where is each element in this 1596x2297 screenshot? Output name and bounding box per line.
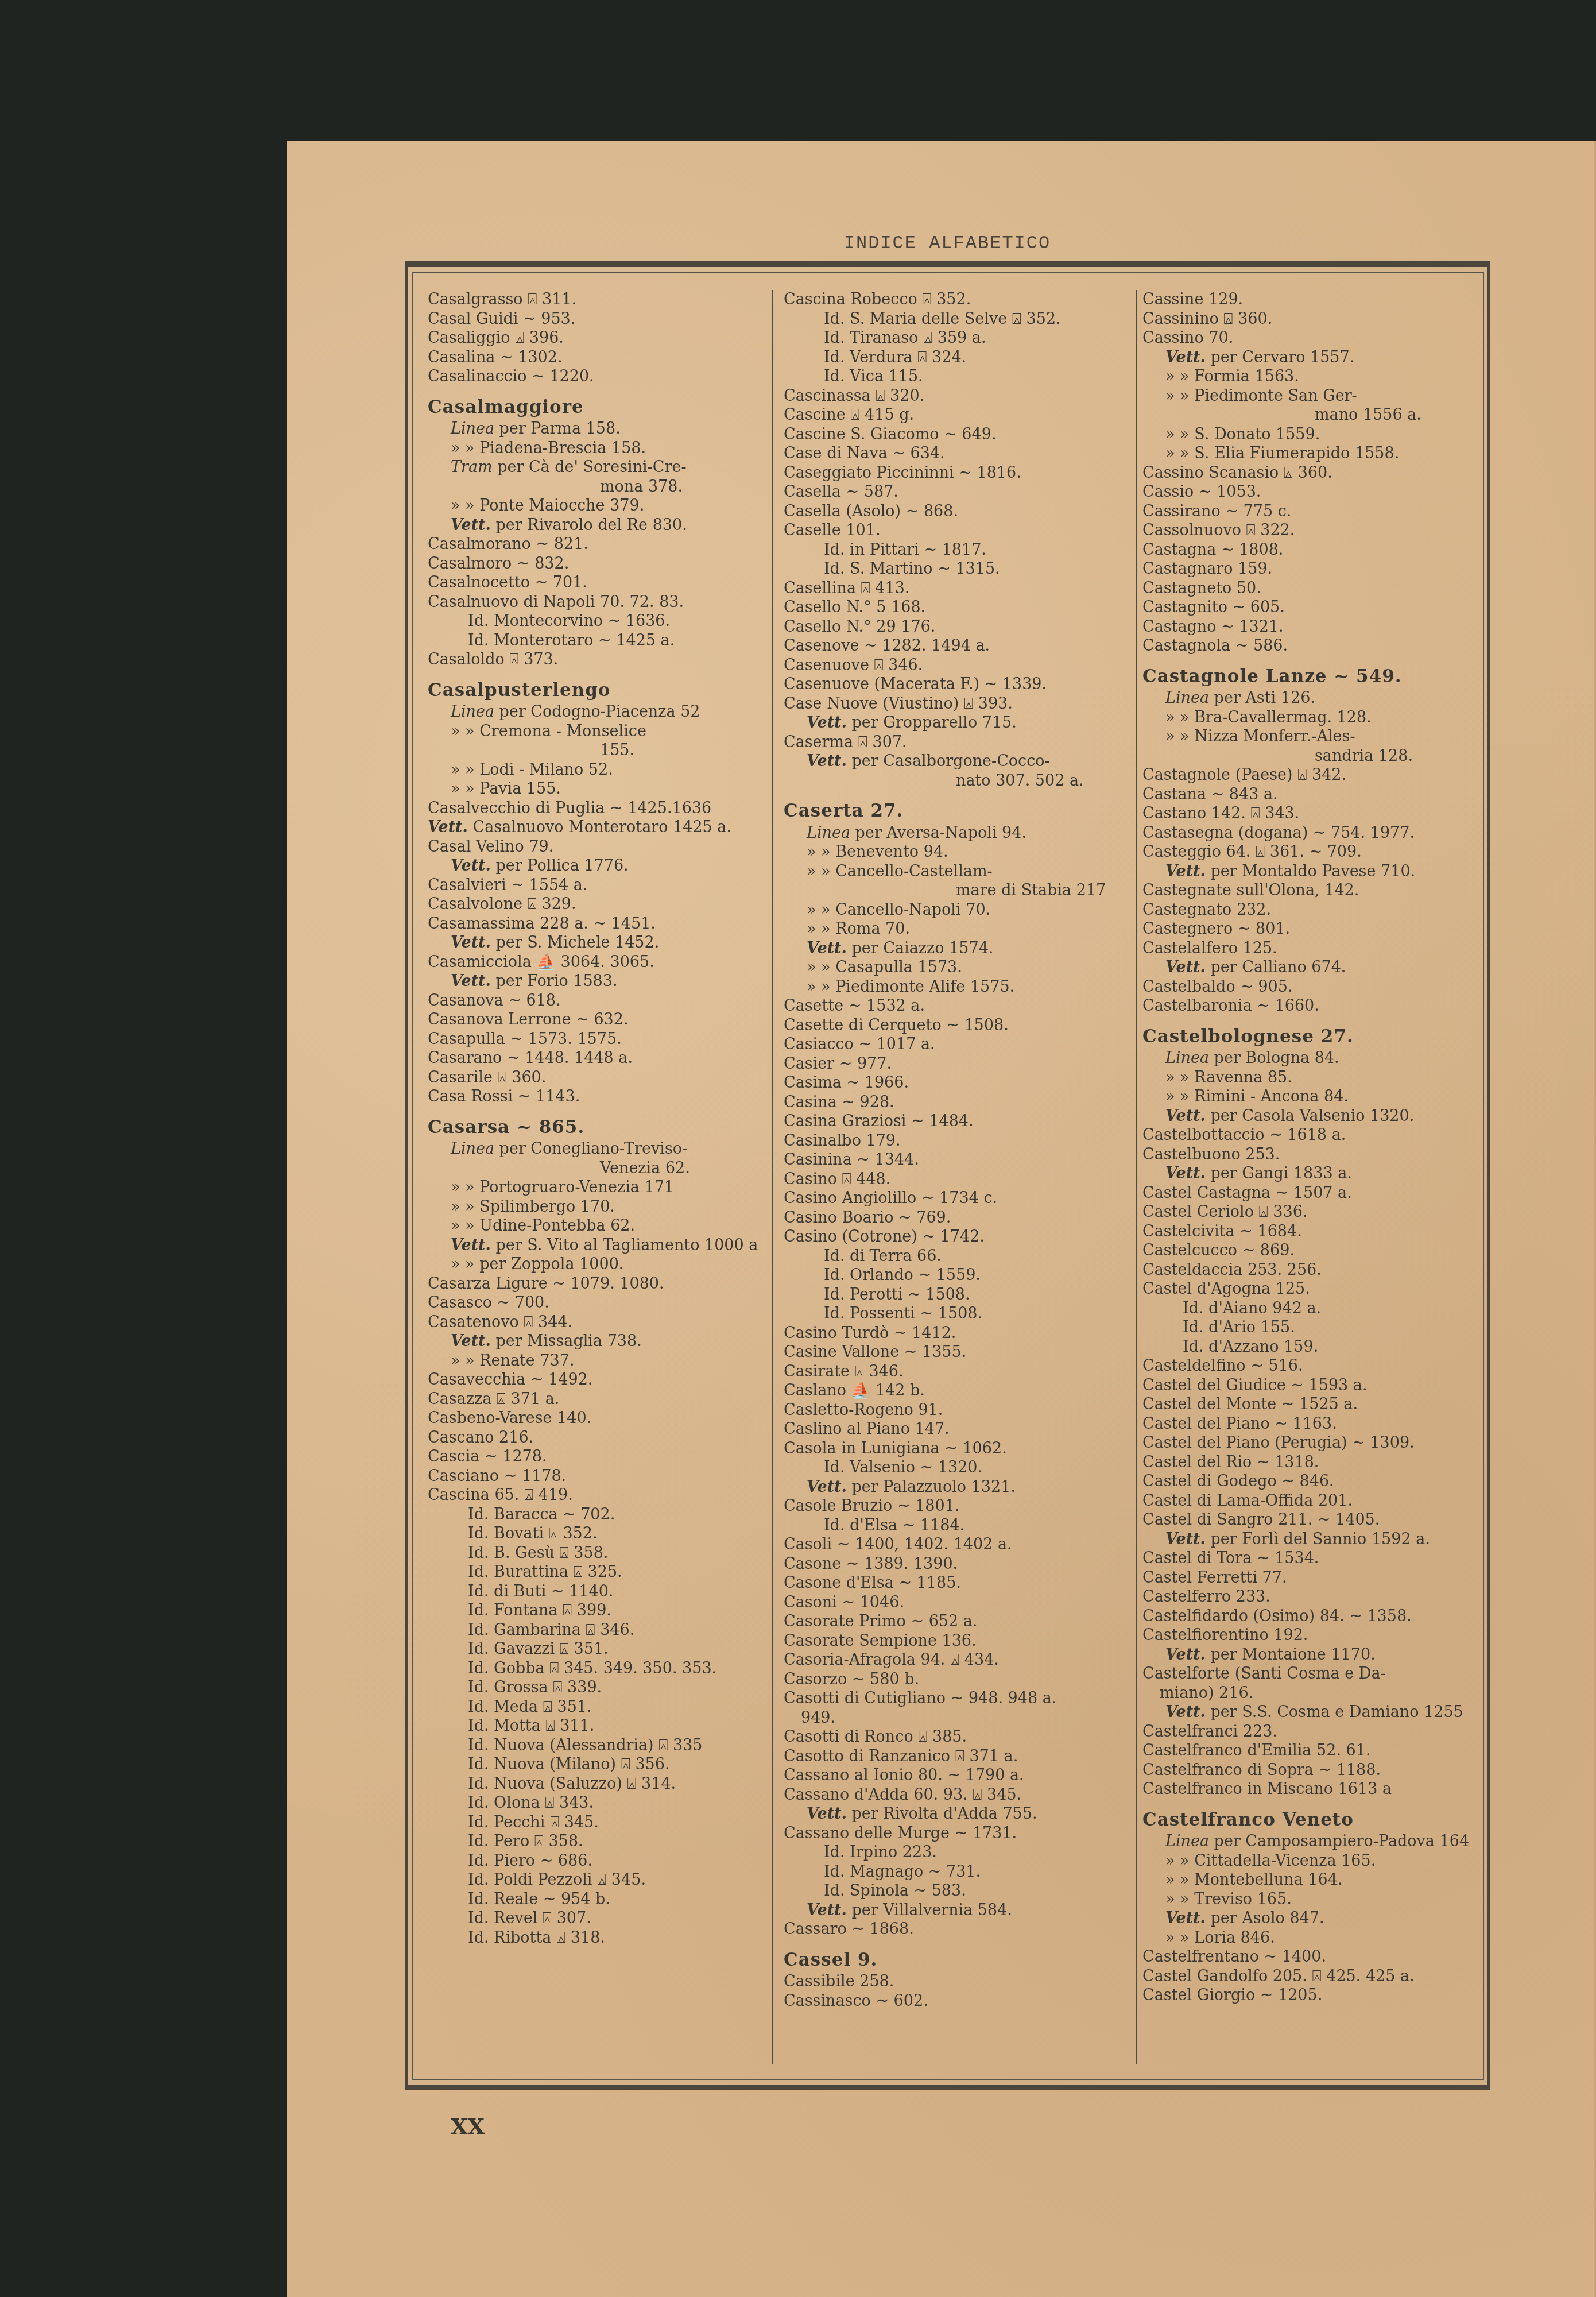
index-entry: Id. Verdura ⍓ 324. xyxy=(784,348,1125,368)
index-entry: Id. Bovati ⍓ 352. xyxy=(428,1524,769,1544)
index-entry: Id. d'Elsa ~ 1184. xyxy=(784,1516,1125,1536)
index-entry: Id. Piero ~ 686. xyxy=(428,1851,769,1871)
index-entry: Caslano ⛵ 142 b. xyxy=(784,1381,1125,1401)
index-entry: Id. Tiranaso ⍓ 359 a. xyxy=(784,328,1125,348)
index-entry: Venezia 62. xyxy=(428,1159,769,1178)
index-entry: Casalvolone ⍓ 329. xyxy=(428,895,769,914)
index-entry: » » Formia 1563. xyxy=(1142,367,1481,386)
index-entry: Id. Spinola ~ 583. xyxy=(784,1881,1125,1901)
index-entry: Casarano ~ 1448. 1448 a. xyxy=(428,1049,769,1068)
index-entry: Casotto di Ranzanico ⍓ 371 a. xyxy=(784,1747,1125,1766)
index-entry: Id. Nuova (Alessandria) ⍓ 335 xyxy=(428,1736,769,1755)
index-entry: Caselle 101. xyxy=(784,521,1125,540)
index-entry: Castano 142. ⍓ 343. xyxy=(1142,804,1481,823)
index-entry: Casoria-Afragola 94. ⍓ 434. xyxy=(784,1650,1125,1670)
index-entry: Casalinaccio ~ 1220. xyxy=(428,367,769,386)
route-type-label: Vett. xyxy=(451,857,491,875)
index-entry: Linea per Parma 158. xyxy=(428,419,769,439)
index-entry: Casa Rossi ~ 1143. xyxy=(428,1087,769,1107)
index-entry: Casciano ~ 1178. xyxy=(428,1467,769,1486)
index-entry: Casino (Cotrone) ~ 1742. xyxy=(784,1227,1125,1247)
index-entry: Castegnato 232. xyxy=(1142,900,1481,920)
index-entry: Cascine S. Giacomo ~ 649. xyxy=(784,425,1125,444)
index-entry: Casina ~ 928. xyxy=(784,1093,1125,1112)
index-entry: Id. Burattina ⍓ 325. xyxy=(428,1563,769,1582)
index-entry: Cascina Robecco ⍓ 352. xyxy=(784,290,1125,310)
index-entry: Castelbaldo ~ 905. xyxy=(1142,977,1481,997)
index-entry: Id. Gobba ⍓ 345. 349. 350. 353. xyxy=(428,1659,769,1679)
index-entry: Castel del Monte ~ 1525 a. xyxy=(1142,1395,1481,1414)
index-entry: Id. Pecchi ⍓ 345. xyxy=(428,1813,769,1832)
route-type-label: Linea xyxy=(807,824,850,842)
route-type-label: Vett. xyxy=(451,1236,491,1254)
index-entry: Casina Graziosi ~ 1484. xyxy=(784,1112,1125,1131)
route-type-label: Linea xyxy=(1165,1049,1209,1067)
index-entry: Id. Montecorvino ~ 1636. xyxy=(428,612,769,631)
index-entry: Id. Revel ⍓ 307. xyxy=(428,1909,769,1928)
index-entry: mare di Stabia 217 xyxy=(784,881,1125,900)
index-entry: Castelfrentano ~ 1400. xyxy=(1142,1947,1481,1967)
index-entry: Linea per Camposampiero-Padova 164 xyxy=(1142,1832,1481,1851)
index-entry: » » Piedimonte Alife 1575. xyxy=(784,977,1125,997)
index-entry: Cascinassa ⍓ 320. xyxy=(784,386,1125,406)
index-entry: Casorzo ~ 580 b. xyxy=(784,1670,1125,1689)
index-entry: Castagna ~ 1808. xyxy=(1142,540,1481,560)
index-entry: Casteggio 64. ⍓ 361. ~ 709. xyxy=(1142,842,1481,862)
index-entry: » » Spilimbergo 170. xyxy=(428,1197,769,1217)
index-entry: Vett. per Palazzuolo 1321. xyxy=(784,1478,1125,1497)
page-number: XX xyxy=(451,2113,485,2139)
index-entry: Cassano delle Murge ~ 1731. xyxy=(784,1824,1125,1843)
index-entry: Vett. per S.S. Cosma e Damiano 1255 xyxy=(1142,1703,1481,1722)
index-entry: Castagnole (Paese) ⍓ 342. xyxy=(1142,765,1481,785)
route-type-label: Linea xyxy=(451,1140,494,1158)
index-entry: Casino Angiolillo ~ 1734 c. xyxy=(784,1189,1125,1208)
index-entry: Casette ~ 1532 a. xyxy=(784,996,1125,1016)
index-entry: Casella (Asolo) ~ 868. xyxy=(784,502,1125,521)
index-entry: Id. Baracca ~ 702. xyxy=(428,1505,769,1525)
index-entry: » » Benevento 94. xyxy=(784,842,1125,862)
index-entry: Id. d'Aiano 942 a. xyxy=(1142,1299,1481,1318)
index-entry: Id. Nuova (Milano) ⍓ 356. xyxy=(428,1755,769,1774)
index-entry: Linea per Codogno-Piacenza 52 xyxy=(428,702,769,722)
index-entry: Casima ~ 1966. xyxy=(784,1073,1125,1093)
index-entry: » » Udine-Pontebba 62. xyxy=(428,1216,769,1236)
index-entry: Casteldelfino ~ 516. xyxy=(1142,1356,1481,1376)
index-entry: Id. Nuova (Saluzzo) ⍓ 314. xyxy=(428,1774,769,1794)
index-entry: Vett. per Pollica 1776. xyxy=(428,856,769,876)
index-heading: Castagnole Lanze ~ 549. xyxy=(1142,667,1481,687)
index-entry: Id. Olona ⍓ 343. xyxy=(428,1793,769,1813)
index-entry: » » Piedimonte San Ger- xyxy=(1142,386,1481,406)
index-entry: Castel del Giudice ~ 1593 a. xyxy=(1142,1376,1481,1395)
route-type-label: Linea xyxy=(451,703,494,721)
index-entry: 949. xyxy=(784,1708,1125,1728)
index-entry: Id. Meda ⍓ 351. xyxy=(428,1697,769,1717)
index-entry: Casorate Primo ~ 652 a. xyxy=(784,1612,1125,1631)
route-type-label: Vett. xyxy=(1165,863,1206,880)
index-entry: Id. di Terra 66. xyxy=(784,1247,1125,1266)
index-entry: Casone d'Elsa ~ 1185. xyxy=(784,1573,1125,1593)
index-entry: Casette di Cerqueto ~ 1508. xyxy=(784,1016,1125,1035)
index-entry: Casella ~ 587. xyxy=(784,482,1125,502)
index-entry: Id. Monterotaro ~ 1425 a. xyxy=(428,631,769,651)
index-entry: Casalmorano ~ 821. xyxy=(428,535,769,554)
route-type-label: Vett. xyxy=(807,1805,847,1823)
index-entry: Vett. per Rivarolo del Re 830. xyxy=(428,516,769,535)
index-entry: Castel Gandolfo 205. ⍓ 425. 425 a. xyxy=(1142,1967,1481,1986)
index-entry: Id. Fontana ⍓ 399. xyxy=(428,1601,769,1621)
index-entry: Vett. per Forio 1583. xyxy=(428,972,769,991)
index-heading: Casarsa ~ 865. xyxy=(428,1118,769,1138)
route-type-label: Vett. xyxy=(1165,1165,1206,1182)
index-entry: » » Piadena-Brescia 158. xyxy=(428,439,769,458)
index-entry: Castelfranco di Sopra ~ 1188. xyxy=(1142,1761,1481,1780)
index-entry: Castel di Lama-Offida 201. xyxy=(1142,1491,1481,1511)
index-entry: Castelcivita ~ 1684. xyxy=(1142,1222,1481,1242)
index-entry: Casarza Ligure ~ 1079. 1080. xyxy=(428,1274,769,1294)
index-column-2: Cascina Robecco ⍓ 352.Id. S. Maria delle… xyxy=(784,290,1125,2010)
index-entry: Castel del Piano ~ 1163. xyxy=(1142,1414,1481,1434)
index-entry: » » Roma 70. xyxy=(784,919,1125,939)
route-type-label: Vett. xyxy=(451,934,491,952)
index-entry: Id. Reale ~ 954 b. xyxy=(428,1890,769,1909)
index-entry: » » Cittadella-Vicenza 165. xyxy=(1142,1851,1481,1871)
index-entry: Castelfranco d'Emilia 52. 61. xyxy=(1142,1741,1481,1761)
index-heading: Casalmaggiore xyxy=(428,398,769,417)
index-entry: Castelbaronia ~ 1660. xyxy=(1142,996,1481,1016)
index-entry: Vett. per Asolo 847. xyxy=(1142,1909,1481,1928)
index-entry: Castelfidardo (Osimo) 84. ~ 1358. xyxy=(1142,1607,1481,1626)
index-entry: » » Pavia 155. xyxy=(428,779,769,799)
index-entry: Cassino Scanasio ⍓ 360. xyxy=(1142,463,1481,483)
index-entry: Id. Ribotta ⍓ 318. xyxy=(428,1928,769,1948)
index-entry: » » Casapulla 1573. xyxy=(784,958,1125,977)
index-entry: Casapulla ~ 1573. 1575. xyxy=(428,1030,769,1049)
index-entry: Casinalbo 179. xyxy=(784,1131,1125,1151)
index-entry: Vett. Casalnuovo Monterotaro 1425 a. xyxy=(428,818,769,837)
index-entry: Id. Possenti ~ 1508. xyxy=(784,1304,1125,1324)
index-entry: Casorate Sempione 136. xyxy=(784,1631,1125,1651)
index-entry: » » S. Donato 1559. xyxy=(1142,425,1481,444)
index-entry: » » Treviso 165. xyxy=(1142,1890,1481,1909)
index-entry: Castel Ceriolo ⍓ 336. xyxy=(1142,1202,1481,1222)
index-entry: Casone ~ 1389. 1390. xyxy=(784,1554,1125,1574)
index-entry: Casanova Lerrone ~ 632. xyxy=(428,1010,769,1030)
index-entry: Castasegna (dogana) ~ 754. 1977. xyxy=(1142,823,1481,843)
index-entry: Casino ⍓ 448. xyxy=(784,1170,1125,1189)
index-entry: Vett. per Casalborgone-Cocco- xyxy=(784,752,1125,771)
index-entry: Castelbuono 253. xyxy=(1142,1145,1481,1165)
index-entry: Castana ~ 843 a. xyxy=(1142,785,1481,805)
route-type-label: Vett. xyxy=(807,1901,847,1919)
route-type-label: Vett. xyxy=(807,1478,847,1496)
route-type-label: Vett. xyxy=(428,818,468,836)
index-entry: Case Nuove (Viustino) ⍓ 393. xyxy=(784,694,1125,714)
index-entry: Casasco ~ 700. xyxy=(428,1293,769,1313)
index-entry: Casoli ~ 1400, 1402. 1402 a. xyxy=(784,1535,1125,1554)
index-entry: Castel Giorgio ~ 1205. xyxy=(1142,1986,1481,2005)
index-entry: Casenove ~ 1282. 1494 a. xyxy=(784,636,1125,656)
index-heading: Castelfranco Veneto xyxy=(1142,1811,1481,1830)
index-entry: Id. d'Azzano 159. xyxy=(1142,1337,1481,1357)
index-entry: Castel di Tora ~ 1534. xyxy=(1142,1549,1481,1568)
index-entry: Cascia ~ 1278. xyxy=(428,1447,769,1467)
index-entry: Cassano al Ionio 80. ~ 1790 a. xyxy=(784,1766,1125,1785)
route-type-label: Vett. xyxy=(1165,1909,1206,1927)
index-entry: Casalvieri ~ 1554 a. xyxy=(428,876,769,895)
index-heading: Casalpusterlengo xyxy=(428,681,769,701)
index-entry: Casoni ~ 1046. xyxy=(784,1593,1125,1612)
route-type-label: Vett. xyxy=(1165,1107,1206,1125)
index-entry: Castel del Rio ~ 1318. xyxy=(1142,1453,1481,1472)
index-entry: Castegnero ~ 801. xyxy=(1142,919,1481,939)
index-entry: Cascina 65. ⍓ 419. xyxy=(428,1486,769,1505)
index-entry: Casalmoro ~ 832. xyxy=(428,554,769,574)
index-entry: Vett. per S. Michele 1452. xyxy=(428,933,769,953)
index-entry: » » Renate 737. xyxy=(428,1351,769,1371)
index-entry: Cassio ~ 1053. xyxy=(1142,482,1481,502)
index-entry: Casamassima 228 a. ~ 1451. xyxy=(428,914,769,934)
index-entry: Vett. per Villalvernia 584. xyxy=(784,1901,1125,1920)
route-type-label: Tram xyxy=(451,458,493,476)
index-entry: Cascano 216. xyxy=(428,1428,769,1448)
index-entry: Casiacco ~ 1017 a. xyxy=(784,1035,1125,1054)
index-entry: 155. xyxy=(428,741,769,760)
index-entry: Vett. per Gangi 1833 a. xyxy=(1142,1164,1481,1184)
index-entry: Casotti di Ronco ⍓ 385. xyxy=(784,1727,1125,1747)
index-entry: Linea per Aversa-Napoli 94. xyxy=(784,823,1125,843)
index-entry: Castelfranco in Miscano 1613 a xyxy=(1142,1780,1481,1799)
index-entry: Id. Pero ⍓ 358. xyxy=(428,1832,769,1851)
index-entry: » » Cancello-Napoli 70. xyxy=(784,900,1125,920)
index-entry: Tram per Cà de' Soresini-Cre- xyxy=(428,458,769,477)
index-entry: Castelferro 233. xyxy=(1142,1587,1481,1607)
index-entry: Castel Ferretti 77. xyxy=(1142,1568,1481,1588)
index-entry: » » Rimini - Ancona 84. xyxy=(1142,1087,1481,1107)
index-entry: Casenuove ⍓ 346. xyxy=(784,656,1125,675)
index-entry: Id. Orlando ~ 1559. xyxy=(784,1266,1125,1285)
route-type-label: Vett. xyxy=(807,714,847,732)
index-entry: Cascine ⍓ 415 g. xyxy=(784,405,1125,425)
index-entry: Casazza ⍓ 371 a. xyxy=(428,1390,769,1409)
index-entry: Vett. per Caiazzo 1574. xyxy=(784,939,1125,958)
index-entry: Castel del Piano (Perugia) ~ 1309. xyxy=(1142,1433,1481,1453)
index-entry: mona 378. xyxy=(428,477,769,497)
index-entry: Id. in Pittari ~ 1817. xyxy=(784,540,1125,560)
index-entry: Linea per Asti 126. xyxy=(1142,689,1481,708)
index-entry: Vett. per Calliano 674. xyxy=(1142,958,1481,977)
route-type-label: Vett. xyxy=(1165,958,1206,976)
index-entry: Casalvecchio di Puglia ~ 1425.1636 xyxy=(428,799,769,818)
index-entry: Id. Magnago ~ 731. xyxy=(784,1862,1125,1882)
route-type-label: Vett. xyxy=(451,972,491,990)
index-entry: Vett. per Montaldo Pavese 710. xyxy=(1142,862,1481,881)
index-entry: Id. Perotti ~ 1508. xyxy=(784,1285,1125,1305)
running-header: INDICE ALFABETICO xyxy=(827,233,1068,254)
index-entry: » » Portogruaro-Venezia 171 xyxy=(428,1178,769,1197)
index-entry: Vett. per Casola Valsenio 1320. xyxy=(1142,1107,1481,1126)
index-entry: Vett. per Missaglia 738. xyxy=(428,1332,769,1351)
index-entry: Casavecchia ~ 1492. xyxy=(428,1370,769,1390)
index-entry: Castelcucco ~ 869. xyxy=(1142,1241,1481,1260)
index-entry: Casirate ⍓ 346. xyxy=(784,1362,1125,1382)
index-entry: » » S. Elia Fiumerapido 1558. xyxy=(1142,444,1481,463)
index-entry: Casalina ~ 1302. xyxy=(428,348,769,368)
index-entry: Id. di Buti ~ 1140. xyxy=(428,1582,769,1602)
index-entry: Casanova ~ 618. xyxy=(428,991,769,1011)
index-entry: Casamicciola ⛵ 3064. 3065. xyxy=(428,953,769,972)
index-entry: Castel d'Agogna 125. xyxy=(1142,1279,1481,1299)
index-entry: Castel di Sangro 211. ~ 1405. xyxy=(1142,1510,1481,1530)
index-entry: Caslino al Piano 147. xyxy=(784,1420,1125,1439)
index-entry: Id. Grossa ⍓ 339. xyxy=(428,1678,769,1697)
index-entry: Cassolnuovo ⍓ 322. xyxy=(1142,521,1481,540)
index-entry: Id. S. Martino ~ 1315. xyxy=(784,559,1125,579)
index-entry: Castel di Godego ~ 846. xyxy=(1142,1472,1481,1491)
index-heading: Cassel 9. xyxy=(784,1951,1125,1970)
route-type-label: Linea xyxy=(1165,1832,1209,1850)
index-entry: Castelfiorentino 192. xyxy=(1142,1626,1481,1645)
index-entry: Casarile ⍓ 360. xyxy=(428,1068,769,1088)
index-entry: Id. Valsenio ~ 1320. xyxy=(784,1458,1125,1478)
index-entry: Casbeno-Varese 140. xyxy=(428,1409,769,1428)
index-heading: Castelbolognese 27. xyxy=(1142,1027,1481,1047)
route-type-label: Linea xyxy=(451,420,494,438)
route-type-label: Linea xyxy=(1165,689,1209,707)
index-entry: Linea per Bologna 84. xyxy=(1142,1049,1481,1068)
index-entry: Id. Gambarina ⍓ 346. xyxy=(428,1621,769,1640)
index-entry: Castegnate sull'Olona, 142. xyxy=(1142,881,1481,900)
index-entry: Id. B. Gesù ⍓ 358. xyxy=(428,1544,769,1563)
index-entry: Castelbottaccio ~ 1618 a. xyxy=(1142,1126,1481,1145)
index-entry: nato 307. 502 a. xyxy=(784,771,1125,791)
index-entry: Casal Guidi ~ 953. xyxy=(428,310,769,329)
index-entry: Casatenovo ⍓ 344. xyxy=(428,1313,769,1332)
index-entry: sandria 128. xyxy=(1142,747,1481,766)
index-entry: Id. Irpino 223. xyxy=(784,1843,1125,1862)
index-entry: Vett. per Cervaro 1557. xyxy=(1142,348,1481,368)
index-heading: Caserta 27. xyxy=(784,802,1125,821)
index-entry: Id. Gavazzi ⍓ 351. xyxy=(428,1639,769,1659)
index-entry: Id. Motta ⍓ 311. xyxy=(428,1716,769,1736)
index-entry: » » Montebelluna 164. xyxy=(1142,1870,1481,1890)
index-entry: Castagnaro 159. xyxy=(1142,559,1481,579)
index-entry: » » Bra-Cavallermag. 128. xyxy=(1142,708,1481,728)
index-entry: Cassibile 258. xyxy=(784,1972,1125,1991)
index-entry: Cassino 70. xyxy=(1142,328,1481,348)
index-entry: » » Ravenna 85. xyxy=(1142,1068,1481,1088)
index-entry: » » Ponte Maiocche 379. xyxy=(428,496,769,516)
index-entry: Cassaro ~ 1868. xyxy=(784,1920,1125,1939)
route-type-label: Vett. xyxy=(1165,1530,1206,1548)
index-entry: Casino Boario ~ 769. xyxy=(784,1208,1125,1228)
index-entry: Casellina ⍓ 413. xyxy=(784,579,1125,598)
route-type-label: Vett. xyxy=(451,1332,491,1350)
index-entry: Casalgrasso ⍓ 311. xyxy=(428,290,769,310)
index-entry: Id. S. Maria delle Selve ⍓ 352. xyxy=(784,310,1125,329)
index-entry: Casletto-Rogeno 91. xyxy=(784,1401,1125,1420)
column-divider-1 xyxy=(772,290,773,2064)
index-entry: Castagneto 50. xyxy=(1142,579,1481,598)
index-entry: Vett. per Forlì del Sannio 1592 a. xyxy=(1142,1530,1481,1549)
index-entry: Castagnito ~ 605. xyxy=(1142,598,1481,617)
route-type-label: Vett. xyxy=(807,752,847,770)
index-entry: » » per Zoppola 1000. xyxy=(428,1255,769,1274)
index-entry: Casino Turdò ~ 1412. xyxy=(784,1324,1125,1343)
index-entry: Casinina ~ 1344. xyxy=(784,1150,1125,1170)
route-type-label: Vett. xyxy=(1165,349,1206,366)
index-column-3: Cassine 129.Cassinino ⍓ 360.Cassino 70.V… xyxy=(1142,290,1481,2005)
index-entry: Casello N.° 5 168. xyxy=(784,598,1125,617)
index-entry: Casaloldo ⍓ 373. xyxy=(428,650,769,670)
route-type-label: Vett. xyxy=(1165,1646,1206,1664)
index-entry: Casello N.° 29 176. xyxy=(784,617,1125,637)
index-entry: » » Loria 846. xyxy=(1142,1928,1481,1948)
index-entry: Caseggiato Piccininni ~ 1816. xyxy=(784,463,1125,483)
index-entry: Casole Bruzio ~ 1801. xyxy=(784,1496,1125,1516)
index-column-1: Casalgrasso ⍓ 311.Casal Guidi ~ 953.Casa… xyxy=(428,290,769,1947)
index-entry: Casaliggio ⍓ 396. xyxy=(428,328,769,348)
index-entry: Id. Vica 115. xyxy=(784,367,1125,386)
index-entry: Cassirano ~ 775 c. xyxy=(1142,502,1481,521)
index-entry: Cassinino ⍓ 360. xyxy=(1142,310,1481,329)
route-type-label: Vett. xyxy=(807,939,847,957)
index-entry: Casalnocetto ~ 701. xyxy=(428,573,769,593)
index-entry: Casotti di Cutigliano ~ 948. 948 a. xyxy=(784,1689,1125,1708)
index-entry: Id. d'Ario 155. xyxy=(1142,1318,1481,1337)
index-entry: Castagno ~ 1321. xyxy=(1142,617,1481,637)
route-type-label: Vett. xyxy=(451,516,491,534)
index-entry: mano 1556 a. xyxy=(1142,405,1481,425)
index-entry: » » Cremona - Monselice xyxy=(428,722,769,741)
index-entry: Casteldaccia 253. 256. xyxy=(1142,1260,1481,1280)
index-entry: Vett. per S. Vito al Tagliamento 1000 a xyxy=(428,1236,769,1255)
index-entry: miano) 216. xyxy=(1142,1684,1481,1703)
index-entry: Case di Nava ~ 634. xyxy=(784,444,1125,463)
index-entry: Castel Castagna ~ 1507 a. xyxy=(1142,1184,1481,1203)
index-entry: » » Nizza Monferr.-Ales- xyxy=(1142,727,1481,747)
index-entry: Castagnola ~ 586. xyxy=(1142,636,1481,656)
index-entry: Cassano d'Adda 60. 93. ⍓ 345. xyxy=(784,1785,1125,1805)
index-entry: Casal Velino 79. xyxy=(428,837,769,857)
index-entry: Castelfranci 223. xyxy=(1142,1722,1481,1742)
index-entry: Castelalfero 125. xyxy=(1142,939,1481,958)
index-entry: Casier ~ 977. xyxy=(784,1054,1125,1074)
index-entry: Vett. per Gropparello 715. xyxy=(784,713,1125,733)
index-entry: Casine Vallone ~ 1355. xyxy=(784,1343,1125,1362)
index-entry: Linea per Conegliano-Treviso- xyxy=(428,1139,769,1159)
index-entry: Cassinasco ~ 602. xyxy=(784,1991,1125,2011)
index-entry: Vett. per Montaione 1170. xyxy=(1142,1645,1481,1665)
index-entry: » » Lodi - Milano 52. xyxy=(428,760,769,780)
index-entry: » » Cancello-Castellam- xyxy=(784,862,1125,881)
index-entry: Id. Poldi Pezzoli ⍓ 345. xyxy=(428,1870,769,1890)
index-entry: Cassine 129. xyxy=(1142,290,1481,310)
route-type-label: Vett. xyxy=(1165,1703,1206,1721)
index-entry: Casola in Lunigiana ~ 1062. xyxy=(784,1439,1125,1459)
column-divider-2 xyxy=(1136,290,1137,2064)
index-entry: Caserma ⍓ 307. xyxy=(784,733,1125,752)
index-entry: Casalnuovo di Napoli 70. 72. 83. xyxy=(428,593,769,612)
index-entry: Casenuove (Macerata F.) ~ 1339. xyxy=(784,675,1125,694)
index-entry: Castelforte (Santi Cosma e Da- xyxy=(1142,1664,1481,1684)
index-entry: Vett. per Rivolta d'Adda 755. xyxy=(784,1804,1125,1824)
